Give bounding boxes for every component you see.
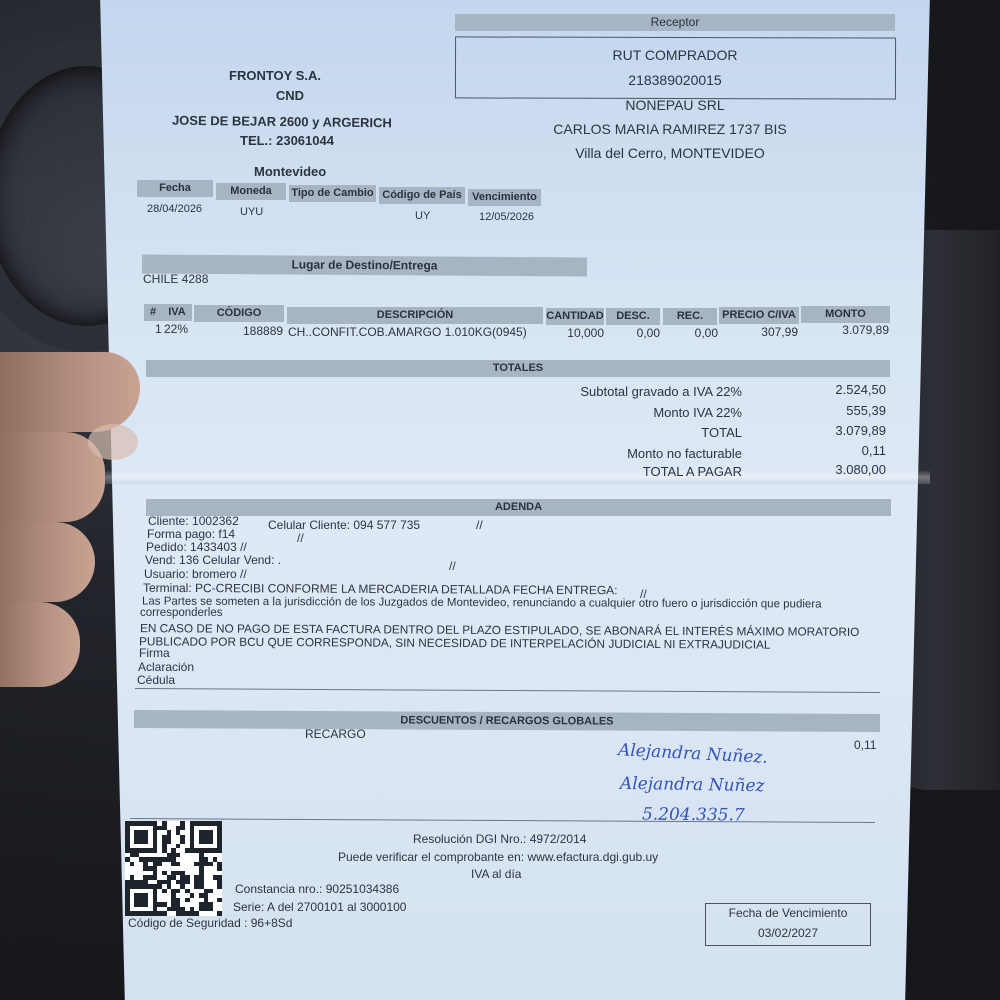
footer-resolution: Resolución DGI Nro.: 4972/2014 — [413, 832, 586, 846]
items-header-desc: DESC. — [606, 308, 660, 325]
totals-label-total: TOTAL — [540, 425, 742, 440]
addenda-celular-cliente: Celular Cliente: 094 577 735 — [268, 518, 420, 532]
item-price: 307,99 — [720, 325, 798, 339]
item-rec: 0,00 — [660, 326, 718, 340]
addenda-pedido: Pedido: 1433403 // — [146, 540, 247, 554]
receptor-locality: Villa del Cerro, MONTEVIDEO — [450, 145, 890, 161]
item-num: 1 — [155, 322, 162, 336]
destination-header: Lugar de Destino/Entrega — [142, 254, 587, 276]
qr-code[interactable] — [125, 821, 222, 916]
totals-value-iva: 555,39 — [780, 403, 886, 418]
handwritten-name: Alejandra Nuñez — [620, 774, 765, 797]
info-header-vencimiento: Vencimiento — [468, 189, 541, 206]
totals-label-no-facturable: Monto no facturable — [540, 446, 742, 461]
items-header-rec: REC. — [663, 308, 717, 325]
info-codigo-pais: UY — [415, 210, 430, 222]
totals-value-no-facturable: 0,11 — [780, 443, 886, 458]
due-date-value: 03/02/2027 — [705, 926, 871, 940]
item-qty: 10,000 — [540, 326, 604, 340]
issuer-branch: CND — [200, 88, 380, 103]
items-header-cantidad: CANTIDAD — [546, 308, 604, 325]
totals-value-subtotal: 2.524,50 — [780, 382, 886, 397]
rut-box — [455, 36, 896, 99]
totals-label-iva: Monto IVA 22% — [540, 405, 742, 420]
info-header-moneda: Moneda — [216, 183, 286, 200]
addenda-jurisdiction-2: corresponderles — [140, 607, 222, 619]
rut-value: 218389020015 — [455, 72, 895, 88]
footer-verify: Puede verificar el comprobante en: www.e… — [338, 850, 658, 864]
rut-label: RUT COMPRADOR — [455, 47, 895, 63]
items-header-num: # — [144, 304, 162, 321]
issuer-phone: TEL.: 23061044 — [240, 133, 334, 148]
addenda-usuario: Usuario: bromero // — [144, 567, 247, 581]
totals-label-subtotal: Subtotal gravado a IVA 22% — [540, 384, 742, 399]
receptor-address: CARLOS MARIA RAMIREZ 1737 BIS — [450, 121, 890, 137]
item-desc: 0,00 — [600, 326, 660, 340]
receptor-name: NONEPAU SRL — [455, 97, 895, 113]
item-code: 188889 — [243, 324, 283, 338]
holding-hand — [0, 352, 150, 692]
addenda-sep-2: // — [297, 531, 304, 545]
info-fecha: 28/04/2026 — [147, 203, 202, 215]
addenda-vendedor: Vend: 136 Celular Vend: . — [145, 553, 281, 567]
footer-serie: Serie: A del 2700101 al 3000100 — [233, 900, 406, 914]
items-header-descripcion: DESCRIPCIÓN — [287, 307, 543, 324]
issuer-address: JOSE DE BEJAR 2600 y ARGERICH — [172, 113, 392, 131]
addenda-sep-1: // — [476, 518, 483, 532]
addenda-cliente: Cliente: 1002362 — [148, 514, 239, 528]
due-date-label: Fecha de Vencimiento — [705, 906, 871, 920]
addenda-forma-pago: Forma pago: f14 — [147, 527, 235, 541]
totals-value-total-pagar: 3.080,00 — [780, 462, 886, 477]
handwritten-id: 5.204.335.7 — [642, 805, 745, 826]
items-header-monto: MONTO — [801, 306, 890, 323]
item-amount: 3.079,89 — [800, 323, 889, 337]
item-iva: 22% — [164, 322, 188, 336]
footer-constancia: Constancia nro.: 90251034386 — [235, 882, 399, 896]
addenda-header: ADENDA — [146, 499, 891, 516]
info-moneda: UYU — [240, 206, 263, 218]
issuer-city: Montevideo — [254, 164, 326, 179]
global-adjustment-type: RECARGO — [305, 727, 366, 741]
items-header-codigo: CÓDIGO — [194, 305, 284, 322]
items-header-iva: IVA — [162, 304, 192, 321]
totals-value-total: 3.079,89 — [780, 423, 886, 438]
global-adjustment-value: 0,11 — [854, 738, 876, 752]
addenda-terminal: Terminal: PC-CRECIBI CONFORME LA MERCADE… — [143, 581, 618, 597]
addenda-sep-3: // — [449, 559, 456, 573]
issuer-name: FRONTOY S.A. — [200, 68, 350, 83]
destination-value: CHILE 4288 — [143, 272, 208, 286]
footer-security-code: Código de Seguridad : 96+8Sd — [128, 916, 292, 930]
totals-header: TOTALES — [146, 360, 890, 377]
info-header-codigo-pais: Código de País — [379, 187, 465, 204]
items-header-precio: PRECIO C/IVA — [719, 307, 799, 324]
footer-iva-status: IVA al día — [471, 867, 521, 881]
info-header-tipo-cambio: Tipo de Cambio — [289, 185, 376, 202]
info-vencimiento: 12/05/2026 — [479, 211, 534, 223]
info-header-fecha: Fecha — [137, 180, 213, 197]
receptor-header: Receptor — [455, 14, 895, 31]
totals-label-total-pagar: TOTAL A PAGAR — [540, 464, 742, 479]
item-description: CH..CONFIT.COB.AMARGO 1.010KG(0945) — [288, 325, 527, 339]
